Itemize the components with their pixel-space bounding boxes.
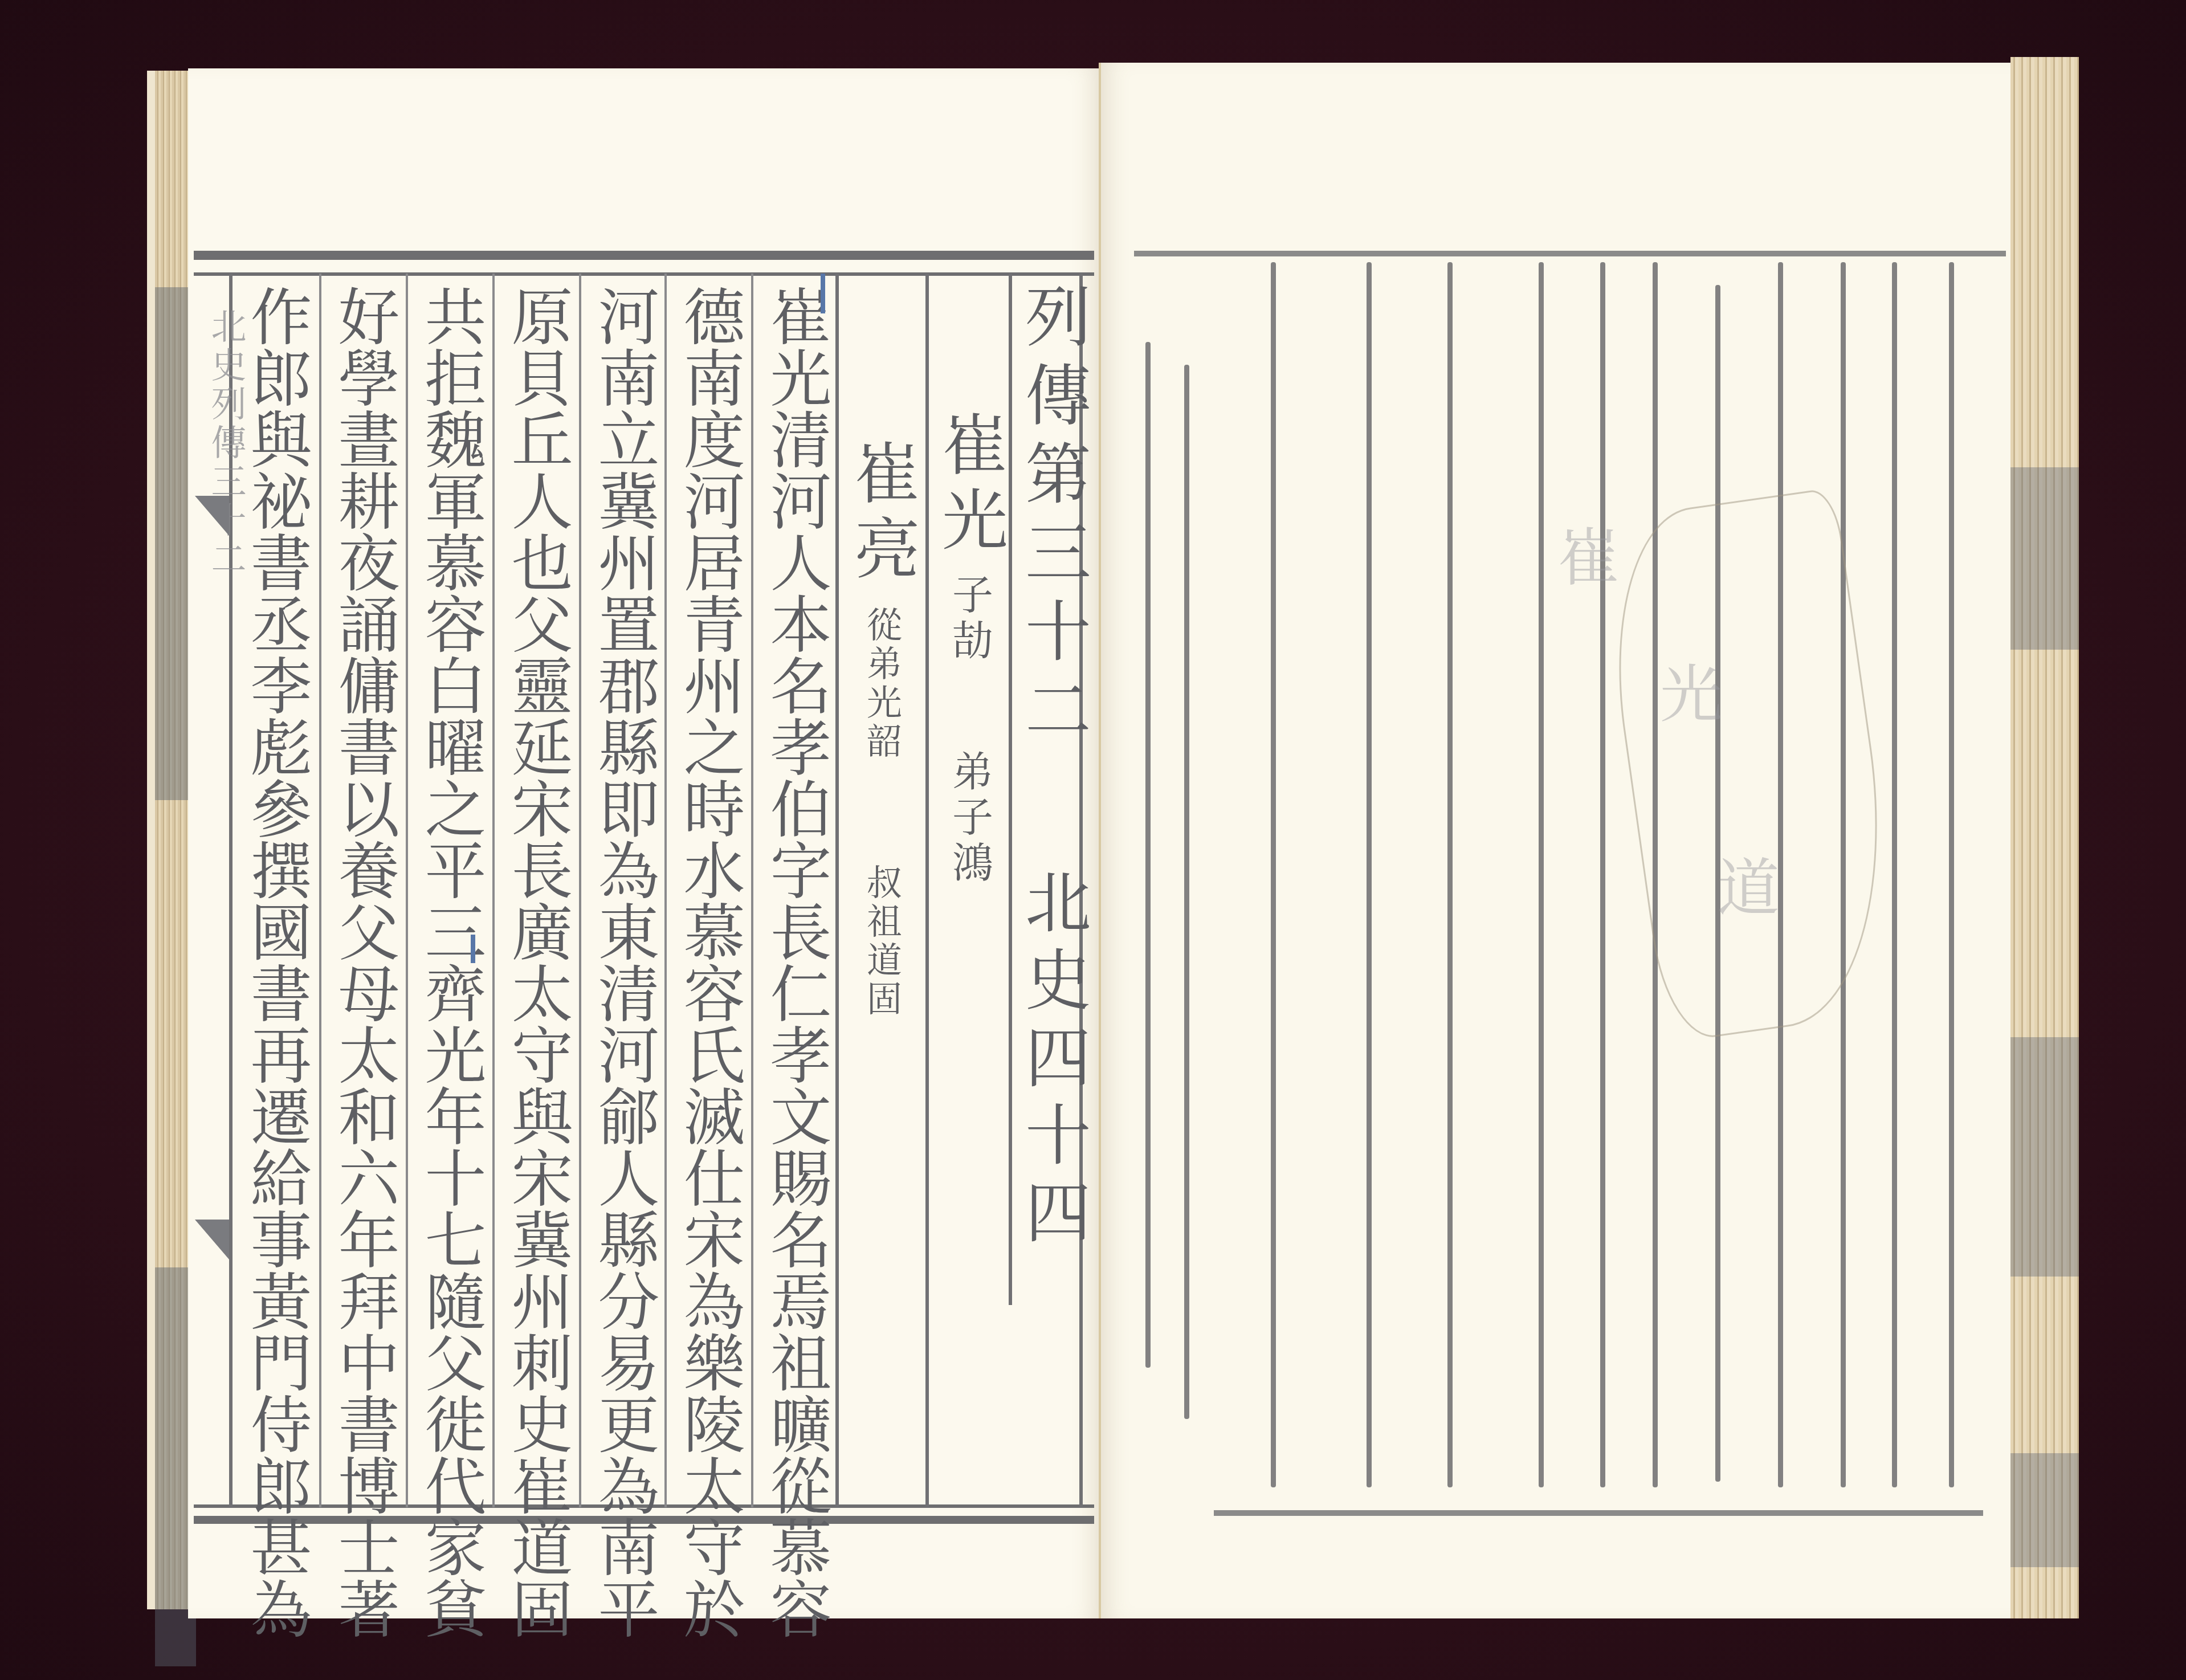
ruled-line	[1367, 262, 1372, 1487]
top-frame-thin	[194, 272, 1094, 276]
right-bottom-frame	[1214, 1510, 1983, 1516]
book-volume: 北史四十四	[1005, 868, 1100, 1255]
ruled-line	[1892, 262, 1897, 1487]
right-top-frame	[1134, 251, 2006, 256]
body-column-7: 作郎與祕書丞李彪參撰國書再遷給事黃門侍郎甚為	[233, 285, 318, 1639]
annotation-mark	[471, 935, 475, 963]
chapter-title-column: 列傳第三十二 北史四十四	[1010, 282, 1095, 1479]
body-column-5: 共拒魏軍慕容白曜之平三齊光年十七隨父徙代家貧	[407, 285, 492, 1639]
toc-name: 崔光	[922, 410, 1017, 561]
top-frame-thick	[194, 251, 1094, 260]
annotation-mark	[821, 274, 825, 313]
body-column-6: 好學晝耕夜誦傭書以養父母太和六年拜中書博士著	[320, 285, 406, 1639]
ruled-line	[1949, 262, 1954, 1487]
toc-sub: 弟子鴻	[940, 750, 999, 887]
ruled-line	[1539, 262, 1544, 1487]
toc-name: 崔亮	[834, 439, 929, 589]
body-column-3: 河南立冀州置郡縣即為東清河鄃人縣分易更為南平	[580, 285, 666, 1639]
ruled-line	[1271, 262, 1276, 1487]
fish-tail-lower	[195, 1220, 229, 1259]
toc-sub: 從弟光韶	[857, 606, 907, 761]
toc-entry-cui-liang: 崔亮 從弟光韶 叔祖道固	[839, 439, 924, 1019]
chapter-title: 列傳第三十二	[1005, 282, 1100, 754]
body-column-4: 原貝丘人也父靈延宋長廣太守與宋冀州刺史崔道固	[494, 285, 579, 1639]
toc-sub: 叔祖道固	[857, 864, 907, 1019]
ruled-line	[1600, 262, 1605, 1487]
ruled-line	[1145, 342, 1151, 1368]
right-page-stack	[2010, 57, 2079, 1618]
ruled-line	[1184, 365, 1189, 1419]
toc-entry-cui-guang: 崔光 子劼 弟子鴻	[927, 410, 1012, 887]
fish-tail-upper	[195, 496, 229, 536]
show-through-text: 崔	[1539, 524, 1629, 587]
ruled-line	[1447, 262, 1453, 1487]
body-column-1: 崔光清河人本名孝伯字長仁孝文賜名焉祖曠從慕容	[752, 285, 838, 1639]
body-column-2: 德南度河居青州之時水慕容氏滅仕宋為樂陵太守於	[666, 285, 751, 1639]
toc-sub: 子劼	[940, 573, 999, 664]
